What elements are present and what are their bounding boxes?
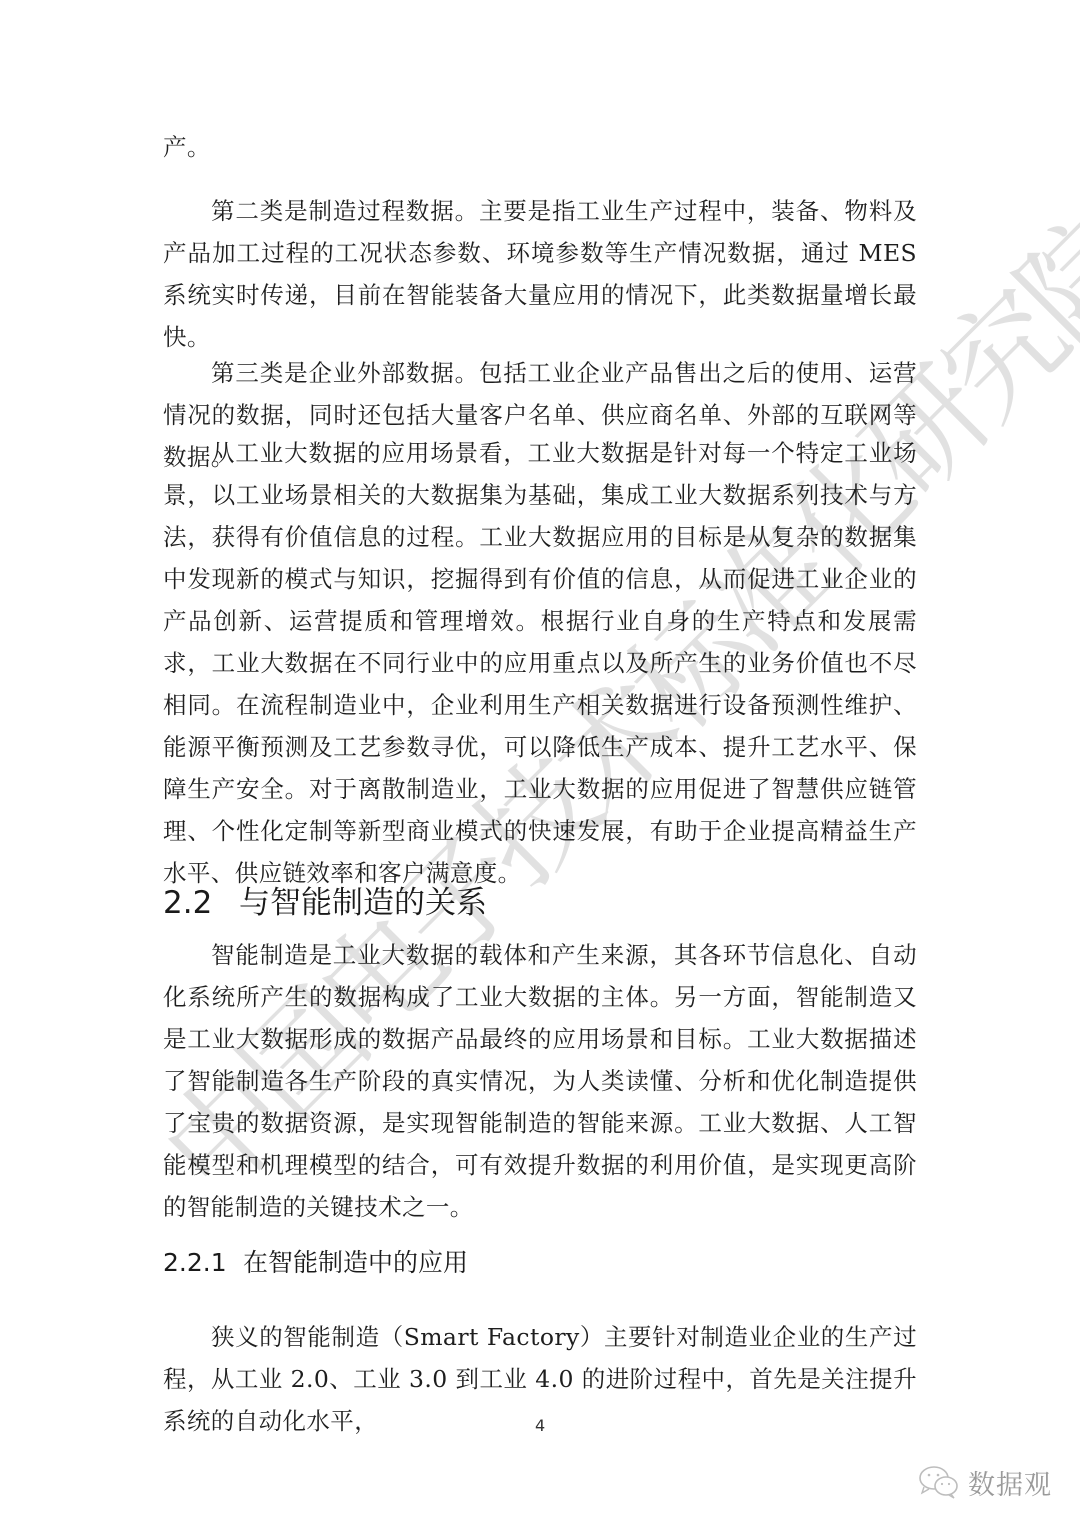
footer-brand: 数据观 (918, 1462, 1052, 1502)
paragraph-relationship: 智能制造是工业大数据的载体和产生来源，其各环节信息化、自动化系统所产生的数据构成… (163, 934, 917, 1228)
paragraph-application-scenarios: 从工业大数据的应用场景看，工业大数据是针对每一个特定工业场景，以工业场景相关的大… (163, 432, 917, 894)
section-number: 2.2 (163, 883, 239, 923)
paragraph-manufacturing-process-data: 第二类是制造过程数据。主要是指工业生产过程中，装备、物料及产品加工过程的工况状态… (163, 190, 917, 358)
page-number: 4 (535, 1416, 545, 1435)
subsection-number: 2.2.1 (163, 1246, 243, 1280)
section-heading: 2.2与智能制造的关系 (163, 883, 487, 923)
section-title: 与智能制造的关系 (239, 885, 487, 921)
subsection-title: 在智能制造中的应用 (243, 1248, 468, 1277)
wechat-icon (918, 1465, 960, 1499)
subsection-heading: 2.2.1在智能制造中的应用 (163, 1246, 468, 1280)
brand-name: 数据观 (968, 1463, 1052, 1502)
paragraph-continuation: 产。 (163, 126, 917, 168)
